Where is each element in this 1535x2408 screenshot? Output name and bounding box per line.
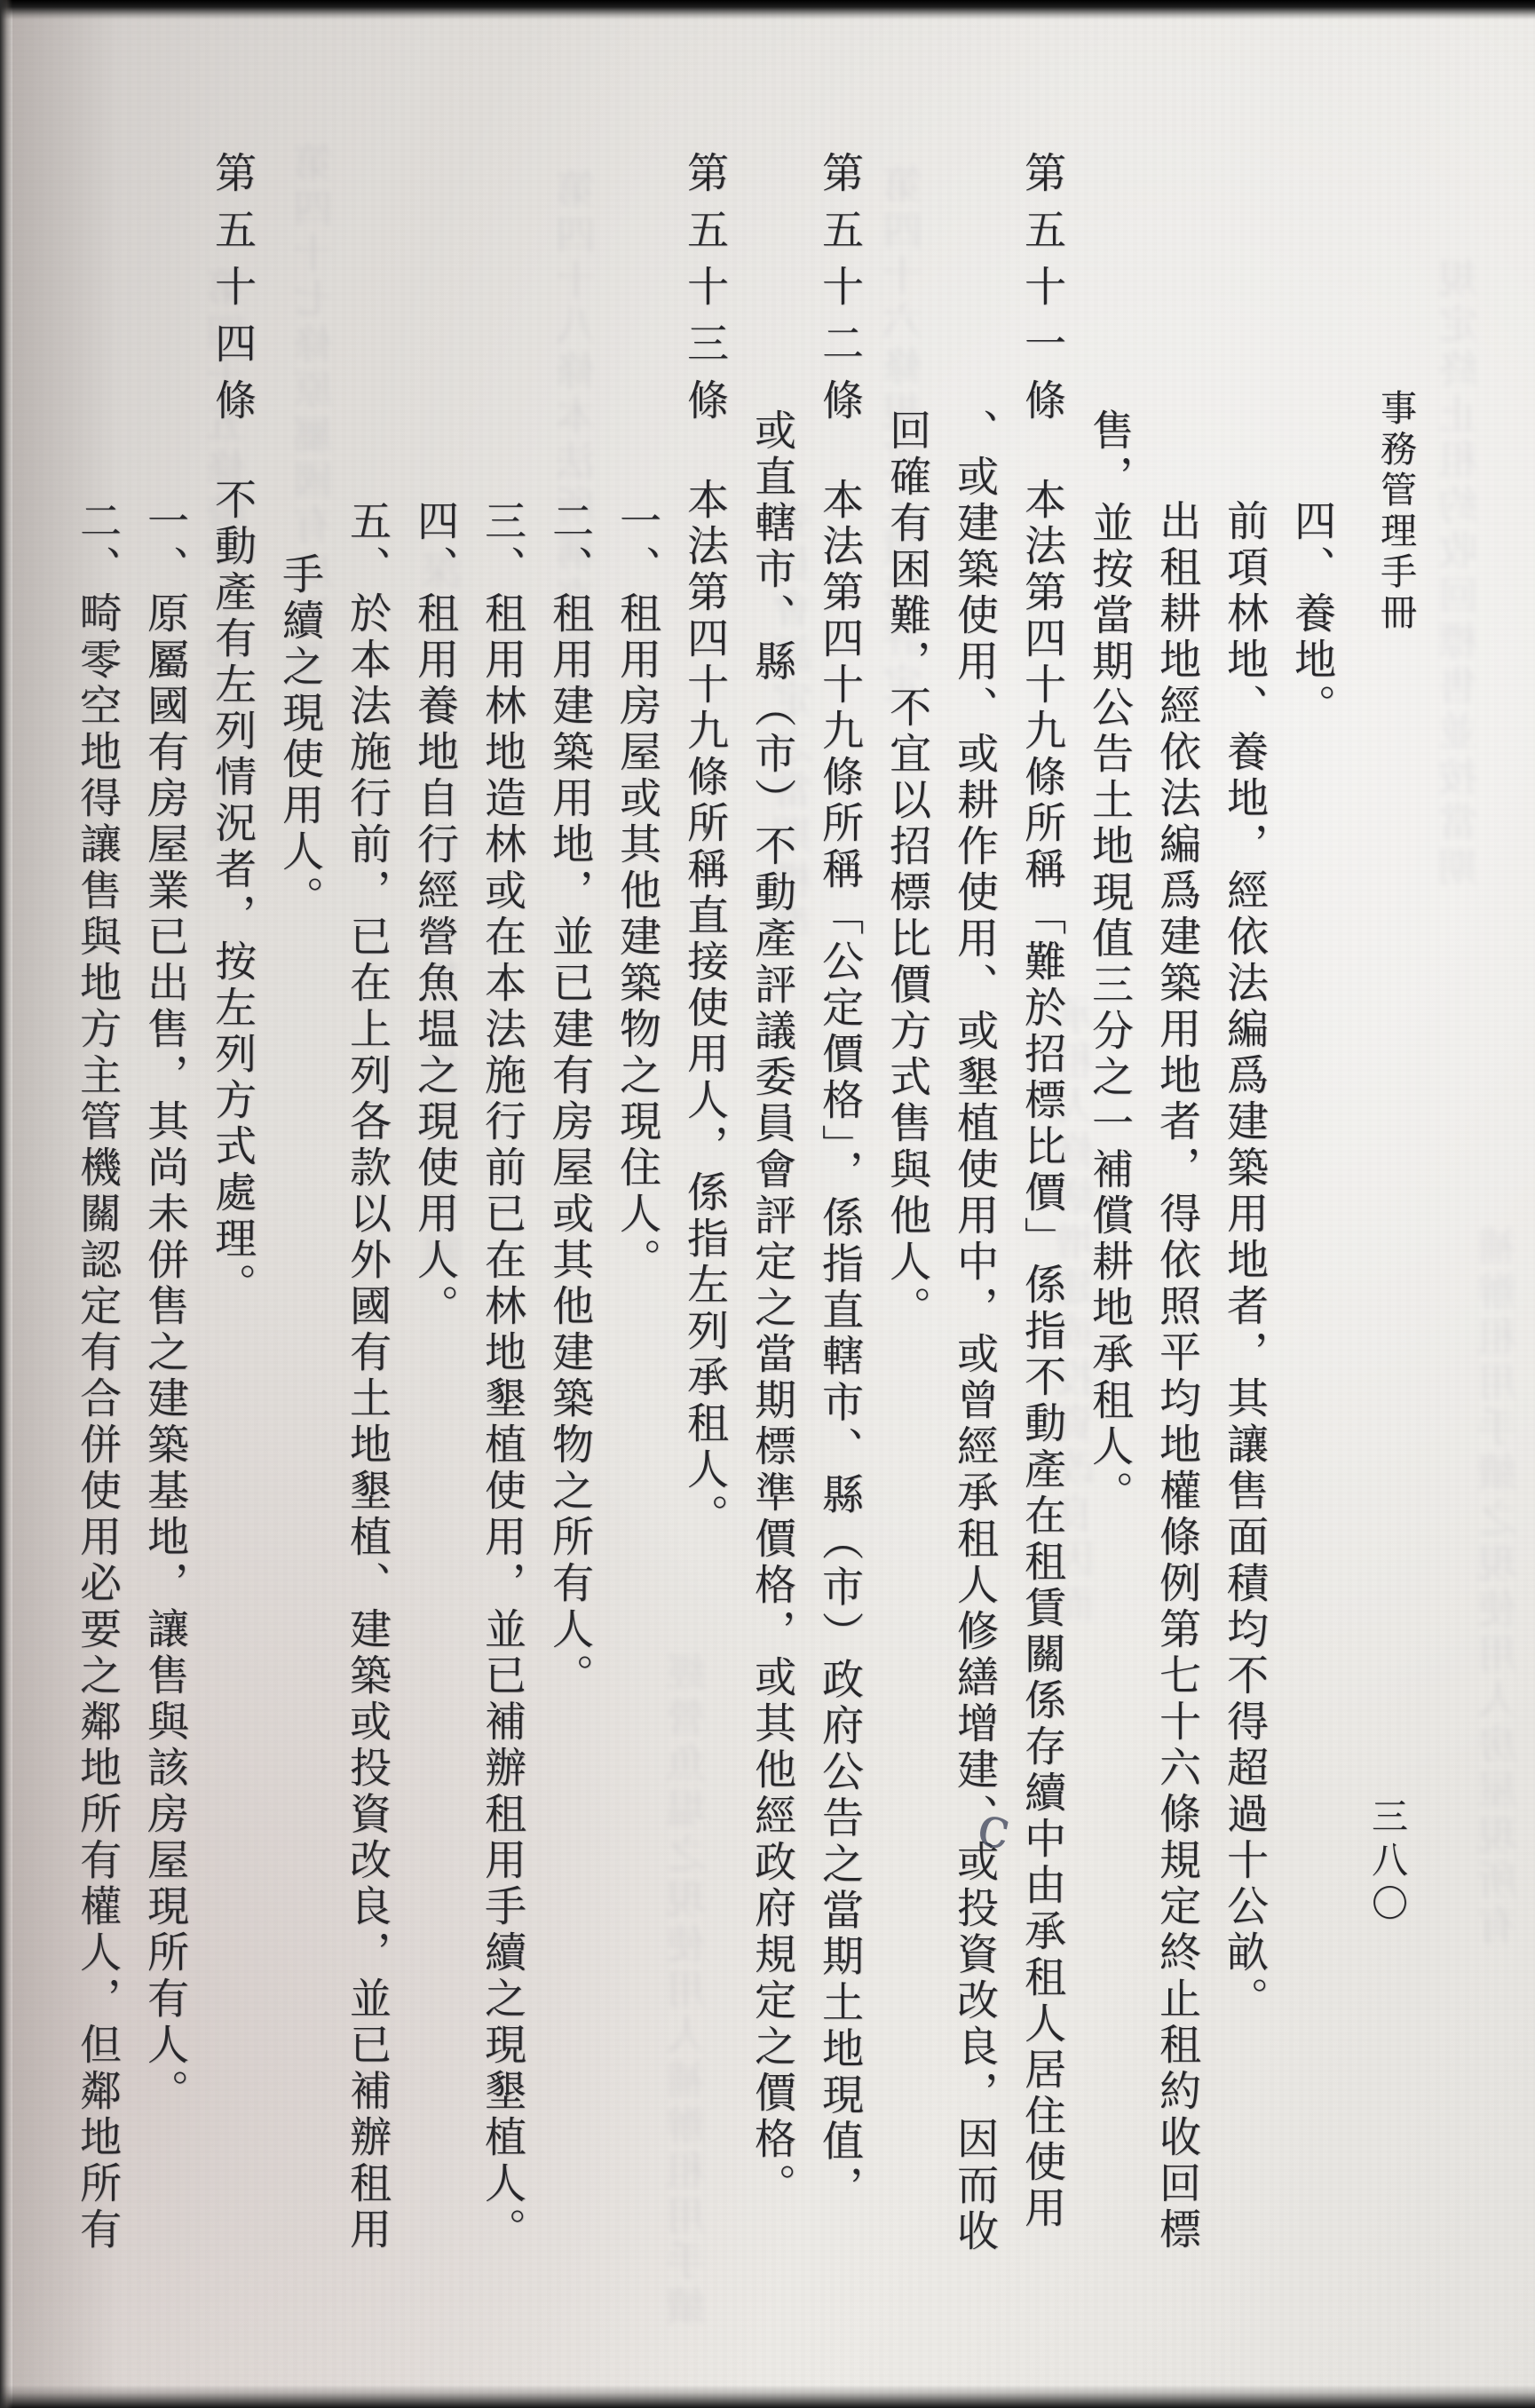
scan-edge-left	[0, 0, 12, 2408]
text-column: 二、租用建築用地，並已建有房屋或其他建築物之所有人。	[535, 151, 603, 2408]
article-body: 本法第四十九條所稱直接使用人，係指左列承租人。	[680, 478, 729, 1540]
text-block: 四、養地。前項林地、養地，經依法編爲建築用地者，其讓售面積均不得超過十公畝。出租…	[63, 151, 1345, 2408]
article-line: 第五十二條本法第四十九條所稱「公定價格」，係指直轄市、縣（市）政府公告之當期土地…	[805, 151, 873, 2408]
scanned-book-page: 規定終止租約收回標售並按當期補辦租用手續之現使用人房屋現所有第四十六條規定之價格…	[0, 0, 1535, 2408]
article-line: 第五十一條本法第四十九條所稱「難於招標比價」係指不動產在租賃關係存續中由承租人居…	[1008, 151, 1075, 2408]
text-column: 手續之現使用人。	[265, 151, 333, 2408]
text-column: 一、租用房屋或其他建築物之現住人。	[603, 151, 670, 2408]
text-column: 出租耕地經依法編爲建築用地者，得依照平均地權條例第七十六條規定終止租約收回標	[1143, 151, 1210, 2408]
text-column: 售，並按當期公告土地現值三分之一補償耕地承租人。	[1075, 151, 1143, 2408]
text-column: 四、租用養地自行經營魚塭之現使用人。	[400, 151, 468, 2408]
article-line: 第五十四條不動產有左列情況者，按左列方式處理。	[198, 151, 265, 2408]
running-head-book-title: 事務管理手冊	[1370, 389, 1422, 634]
article-body: 不動產有左列情況者，按左列方式處理。	[208, 478, 257, 1309]
page-number: 三八〇	[1361, 1797, 1413, 1928]
article-number: 第五十一條	[1017, 151, 1066, 435]
scan-edge-bottom	[0, 2385, 1535, 2408]
article-line: 第五十三條本法第四十九條所稱直接使用人，係指左列承租人。	[670, 151, 738, 2408]
text-column: 或直轄市、縣（市）不動產評議委員會評定之當期標準價格，或其他經政府規定之價格。	[738, 151, 805, 2408]
scan-edge-top	[0, 0, 1535, 20]
text-column: 、或建築使用、或耕作使用、或墾植使用中，或曾經承租人修繕增建、或投資改良，因而收	[940, 151, 1008, 2408]
text-column: 三、租用林地造林或在本法施行前已在林地墾植使用，並已補辦租用手續之現墾植人。	[468, 151, 535, 2408]
article-body: 本法第四十九條所稱「公定價格」，係指直轄市、縣（市）政府公告之當期土地現值，	[815, 478, 864, 2212]
text-column: 五、於本法施行前，已在上列各款以外國有土地墾植、建築或投資改良，並已補辦租用	[333, 151, 400, 2408]
text-column: 前項林地、養地，經依法編爲建築用地者，其讓售面積均不得超過十公畝。	[1210, 151, 1278, 2408]
ink-fleck	[703, 826, 711, 834]
text-column: 一、原屬國有房屋業已出售，其尚未併售之建築基地，讓售與該房屋現所有人。	[131, 151, 198, 2408]
article-number: 第五十四條	[208, 151, 257, 435]
article-number: 第五十三條	[680, 151, 729, 435]
article-body: 本法第四十九條所稱「難於招標比價」係指不動產在租賃關係存續中由承租人居住使用	[1017, 478, 1066, 2232]
article-number: 第五十二條	[815, 151, 864, 435]
text-column: 四、養地。	[1278, 151, 1345, 2408]
page-gutter-shadow	[12, 0, 119, 2408]
text-column: 回確有困難，不宜以招標比價方式售與他人。	[873, 151, 940, 2408]
